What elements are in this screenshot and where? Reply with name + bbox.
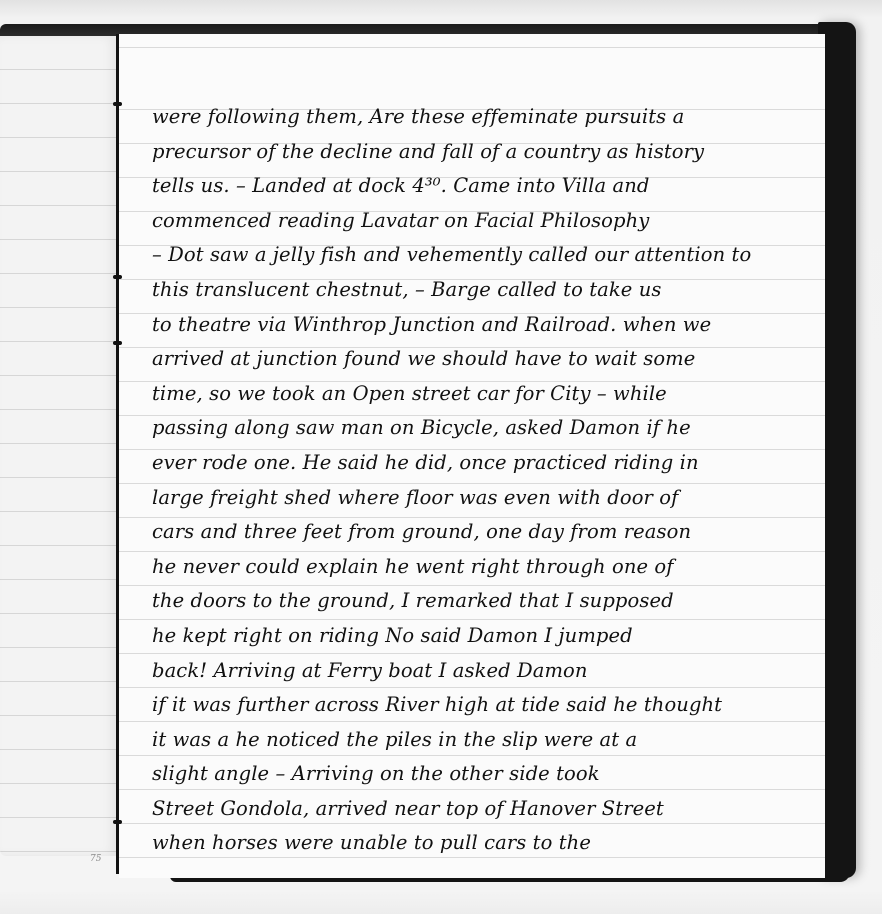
text-line: precursor of the decline and fall of a c… [152, 135, 822, 170]
handwritten-text: were following them, Are these effeminat… [152, 100, 822, 861]
text-line: ever rode one. He said he did, once prac… [152, 446, 822, 481]
text-line: this translucent chestnut, – Barge calle… [152, 273, 822, 308]
text-line: were following them, Are these effeminat… [152, 100, 822, 135]
text-line: back! Arriving at Ferry boat I asked Dam… [152, 654, 822, 689]
text-line: if it was further across River high at t… [152, 688, 822, 723]
binding-gutter [116, 34, 119, 874]
page-number: 75 [90, 854, 101, 864]
text-line: – Dot saw a jelly fish and vehemently ca… [152, 238, 822, 273]
binding-stitch-icon [113, 820, 122, 824]
text-line: he never could explain he went right thr… [152, 550, 822, 585]
binding-stitch-icon [113, 102, 122, 106]
text-line: Street Gondola, arrived near top of Hano… [152, 792, 822, 827]
text-line: tells us. – Landed at dock 4³⁰. Came int… [152, 169, 822, 204]
text-line: to theatre via Winthrop Junction and Rai… [152, 308, 822, 343]
text-line: the doors to the ground, I remarked that… [152, 584, 822, 619]
left-page [0, 36, 117, 856]
text-line: arrived at junction found we should have… [152, 342, 822, 377]
text-line: cars and three feet from ground, one day… [152, 515, 822, 550]
text-line: he kept right on riding No said Damon I … [152, 619, 822, 654]
binding-stitch-icon [113, 341, 122, 345]
text-line: it was a he noticed the piles in the sli… [152, 723, 822, 758]
text-line: slight angle – Arriving on the other sid… [152, 757, 822, 792]
text-line: large freight shed where floor was even … [152, 481, 822, 516]
binding-stitch-icon [113, 275, 122, 279]
text-line: time, so we took an Open street car for … [152, 377, 822, 412]
text-line: commenced reading Lavatar on Facial Phil… [152, 204, 822, 239]
text-line: when horses were unable to pull cars to … [152, 826, 822, 861]
text-line: passing along saw man on Bicycle, asked … [152, 411, 822, 446]
